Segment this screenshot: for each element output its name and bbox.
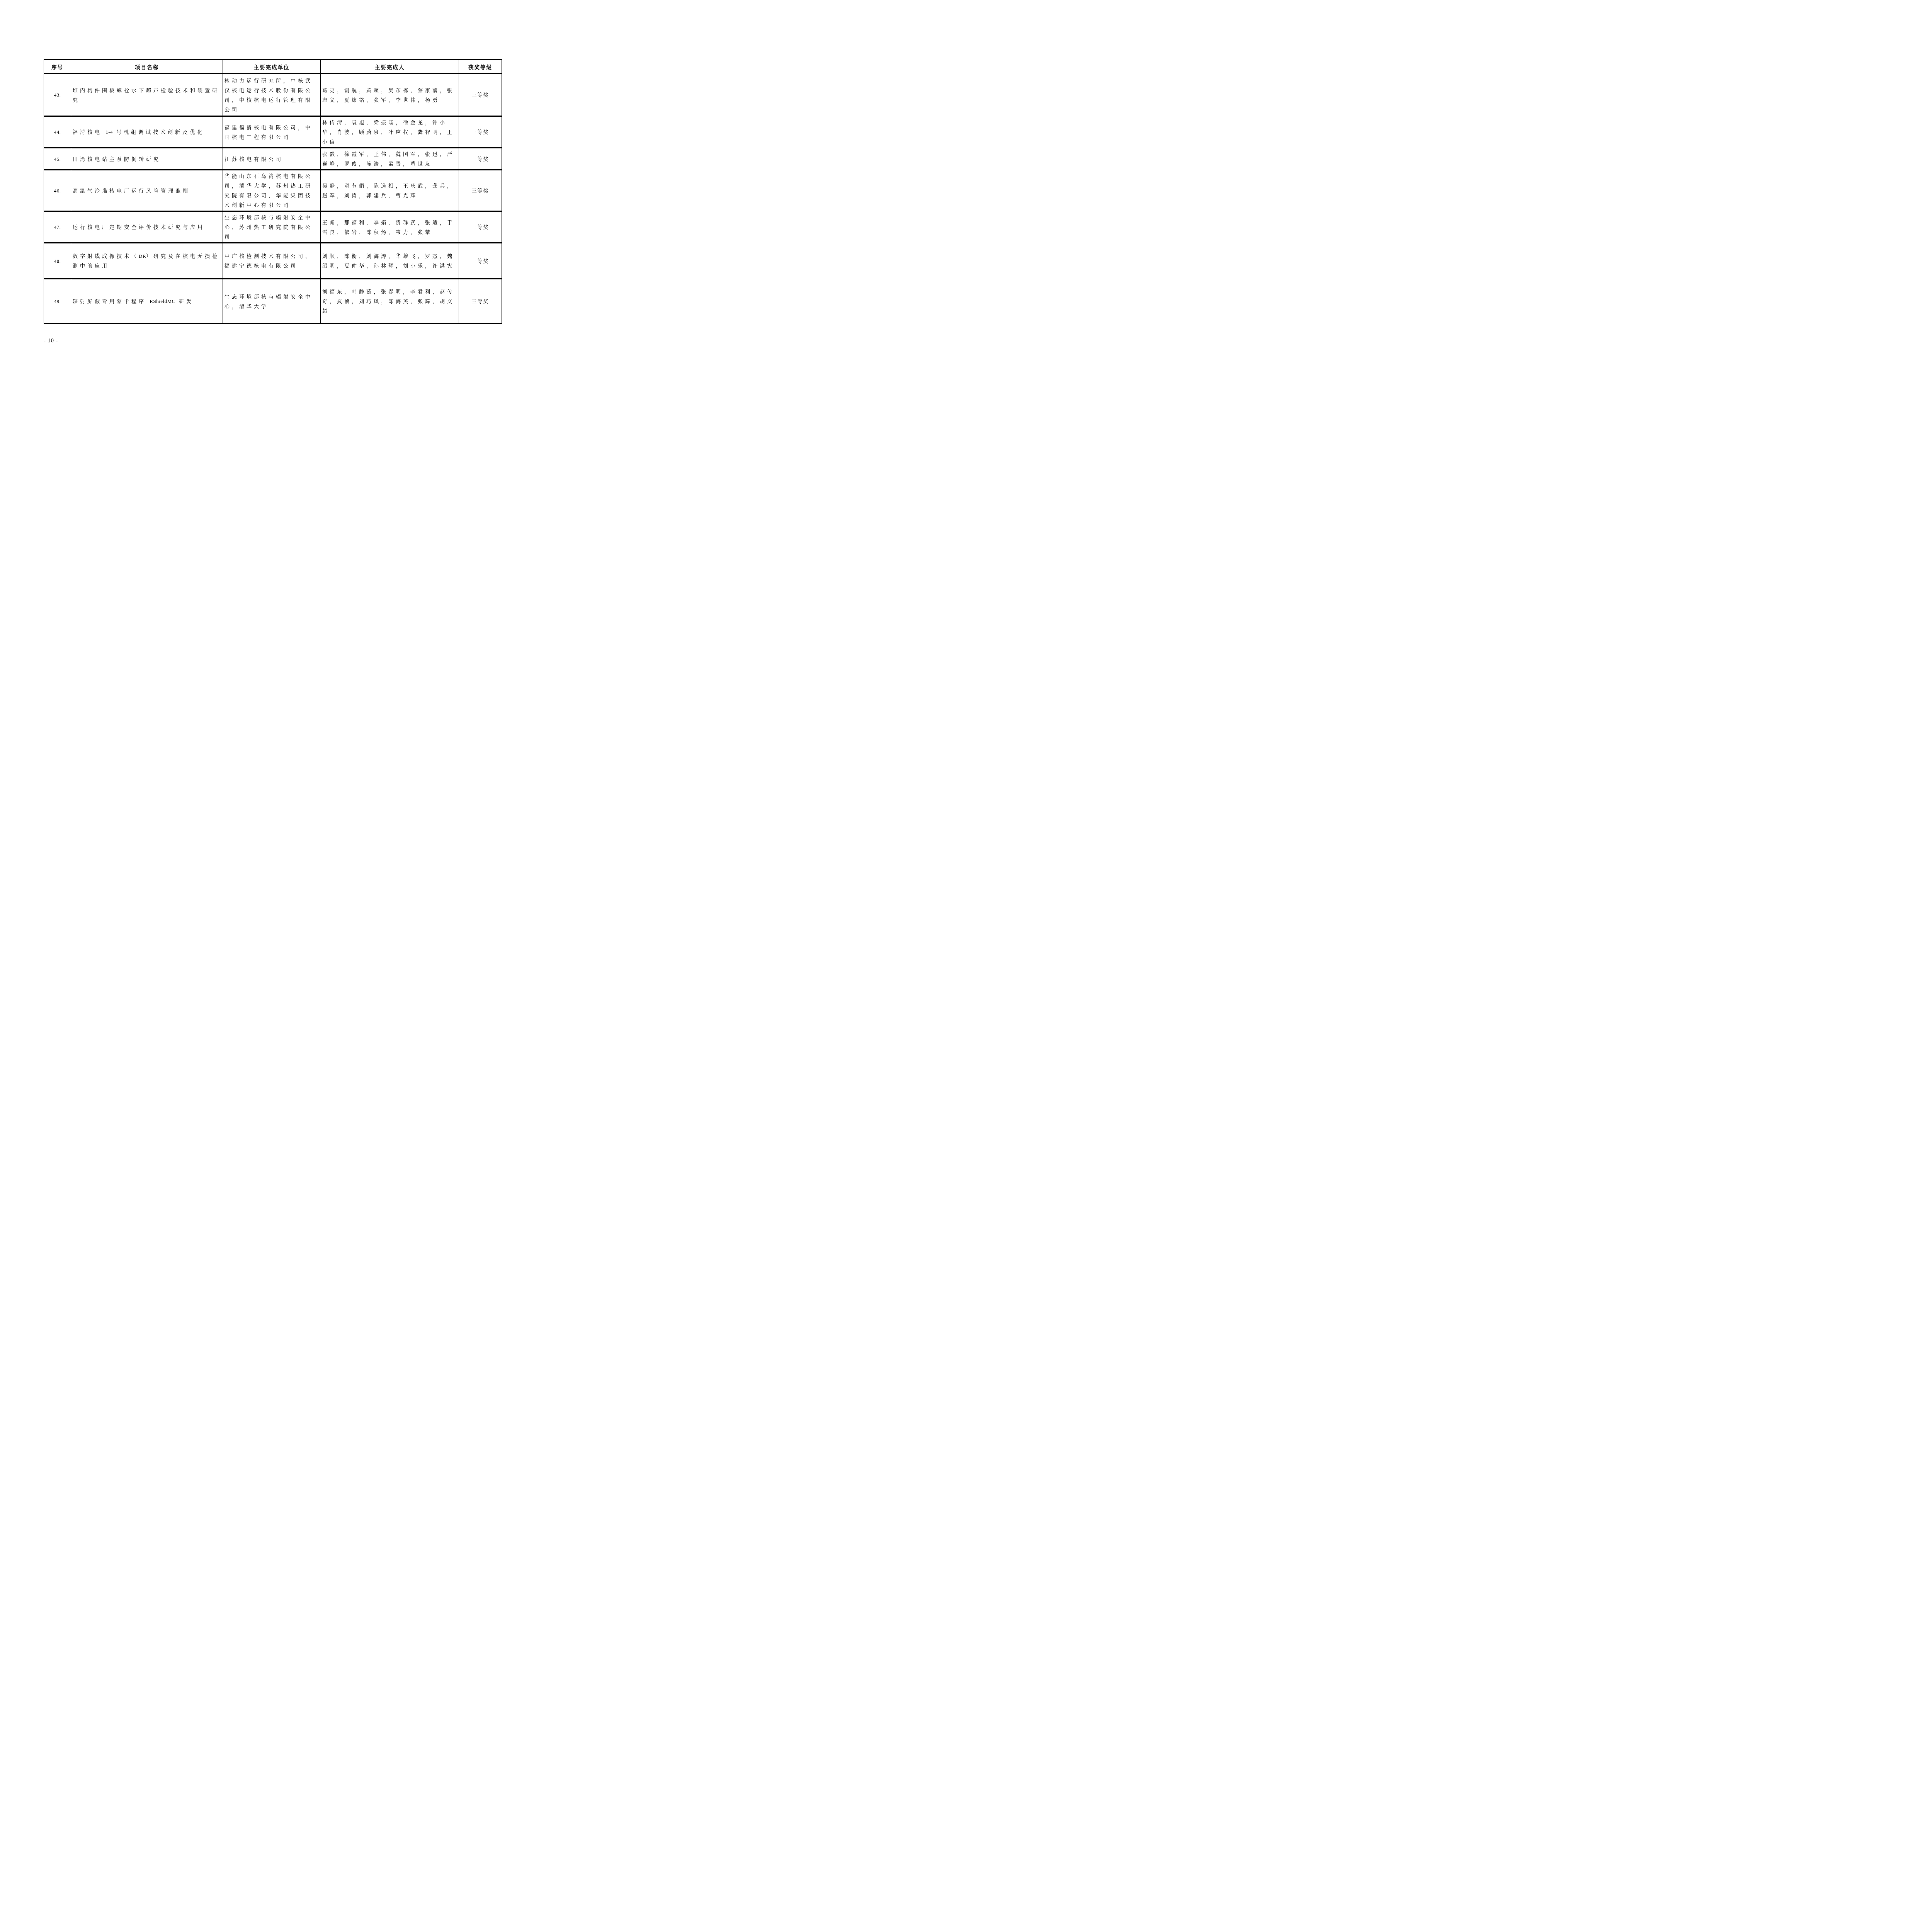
table-row: 43.堆内构件围板螺栓水下超声检验技术和装置研究核动力运行研究所，中核武汉核电运… — [44, 74, 502, 116]
cell-serial: 44. — [44, 116, 71, 148]
cell-award: 三等奖 — [459, 279, 502, 324]
cell-name: 数字射线成像技术（DR）研究及在核电无损检测中的应用 — [71, 243, 223, 279]
document-page: 序号 项目名称 主要完成单位 主要完成人 获奖等级 43.堆内构件围板螺栓水下超… — [0, 0, 542, 383]
cell-award: 三等奖 — [459, 74, 502, 116]
cell-units: 核动力运行研究所，中核武汉核电运行技术股份有限公司，中核核电运行管理有限公司 — [223, 74, 321, 116]
cell-award: 三等奖 — [459, 116, 502, 148]
header-award-level: 获奖等级 — [459, 60, 502, 74]
cell-people: 刘福东，韩静茹，张春明，李君利，赵传奇，武祯，刘巧凤，陈海英，张辉，胡文超 — [321, 279, 459, 324]
latin-text: RShieldMC — [150, 298, 175, 304]
cell-units: 生态环境部核与辐射安全中心，苏州热工研究院有限公司 — [223, 211, 321, 243]
cell-name: 堆内构件围板螺栓水下超声检验技术和装置研究 — [71, 74, 223, 116]
cell-units: 华能山东石岛湾核电有限公司，清华大学，苏州热工研究院有限公司，华能集团技术创新中… — [223, 170, 321, 211]
cell-serial: 46. — [44, 170, 71, 211]
cell-serial: 47. — [44, 211, 71, 243]
table-row: 47.运行核电厂定期安全评价技术研究与应用生态环境部核与辐射安全中心，苏州热工研… — [44, 211, 502, 243]
latin-text: 1-4 — [105, 129, 113, 135]
cell-units: 中广核检测技术有限公司，福建宁德核电有限公司 — [223, 243, 321, 279]
table-row: 45.田湾核电站主泵防倒转研究江苏核电有限公司张毅，徐霞军，王伟，魏国军，张迅，… — [44, 148, 502, 170]
cell-name: 运行核电厂定期安全评价技术研究与应用 — [71, 211, 223, 243]
cell-name: 福清核电 1-4 号机组调试技术创新及优化 — [71, 116, 223, 148]
header-main-people: 主要完成人 — [321, 60, 459, 74]
table-row: 48.数字射线成像技术（DR）研究及在核电无损检测中的应用中广核检测技术有限公司… — [44, 243, 502, 279]
header-main-units: 主要完成单位 — [223, 60, 321, 74]
cell-units: 江苏核电有限公司 — [223, 148, 321, 170]
cell-people: 王闯，那福利，李娟，贺群武，张适，于雪良，依岩，陈秋炀，韦力，张攀 — [321, 211, 459, 243]
header-serial: 序号 — [44, 60, 71, 74]
cell-award: 三等奖 — [459, 170, 502, 211]
cell-name: 高温气冷堆核电厂运行风险管理准则 — [71, 170, 223, 211]
cell-award: 三等奖 — [459, 148, 502, 170]
cell-people: 林传清，袁旭，梁振旸，徐金龙，钟小华，肖波，顾蔚泉，叶应权，龚智明，王小信 — [321, 116, 459, 148]
cell-name: 辐射屏蔽专用蒙卡程序 RShieldMC 研发 — [71, 279, 223, 324]
table-header-row: 序号 项目名称 主要完成单位 主要完成人 获奖等级 — [44, 60, 502, 74]
cell-people: 葛亮，谢航，黄超，吴东栋，蔡家藩，张志义，夏炜铭，张军，李世伟，杨勇 — [321, 74, 459, 116]
cell-serial: 43. — [44, 74, 71, 116]
table-body: 43.堆内构件围板螺栓水下超声检验技术和装置研究核动力运行研究所，中核武汉核电运… — [44, 74, 502, 324]
cell-people: 张毅，徐霞军，王伟，魏国军，张迅，严巍峰，罗俊，陈浩，孟晋，董世友 — [321, 148, 459, 170]
table-row: 44.福清核电 1-4 号机组调试技术创新及优化福建福清核电有限公司，中国核电工… — [44, 116, 502, 148]
table-row: 49.辐射屏蔽专用蒙卡程序 RShieldMC 研发生态环境部核与辐射安全中心，… — [44, 279, 502, 324]
latin-text: DR — [139, 253, 146, 259]
cell-serial: 48. — [44, 243, 71, 279]
cell-name: 田湾核电站主泵防倒转研究 — [71, 148, 223, 170]
cell-people: 吴静，童节娟，陈选相，王庆武，龚兵，赵军，刘涛，郭建兵，曹光辉 — [321, 170, 459, 211]
cell-people: 刘顺，陈衡，刘海涛，华雄飞，罗杰，魏绍明，夏仲华，孙林辉，刘小乐，许洪宪 — [321, 243, 459, 279]
header-project-name: 项目名称 — [71, 60, 223, 74]
cell-award: 三等奖 — [459, 243, 502, 279]
cell-units: 福建福清核电有限公司，中国核电工程有限公司 — [223, 116, 321, 148]
cell-serial: 49. — [44, 279, 71, 324]
cell-serial: 45. — [44, 148, 71, 170]
page-number: - 10 - — [44, 338, 58, 344]
cell-award: 三等奖 — [459, 211, 502, 243]
table-row: 46.高温气冷堆核电厂运行风险管理准则华能山东石岛湾核电有限公司，清华大学，苏州… — [44, 170, 502, 211]
awards-table: 序号 项目名称 主要完成单位 主要完成人 获奖等级 43.堆内构件围板螺栓水下超… — [44, 59, 502, 324]
cell-units: 生态环境部核与辐射安全中心，清华大学 — [223, 279, 321, 324]
